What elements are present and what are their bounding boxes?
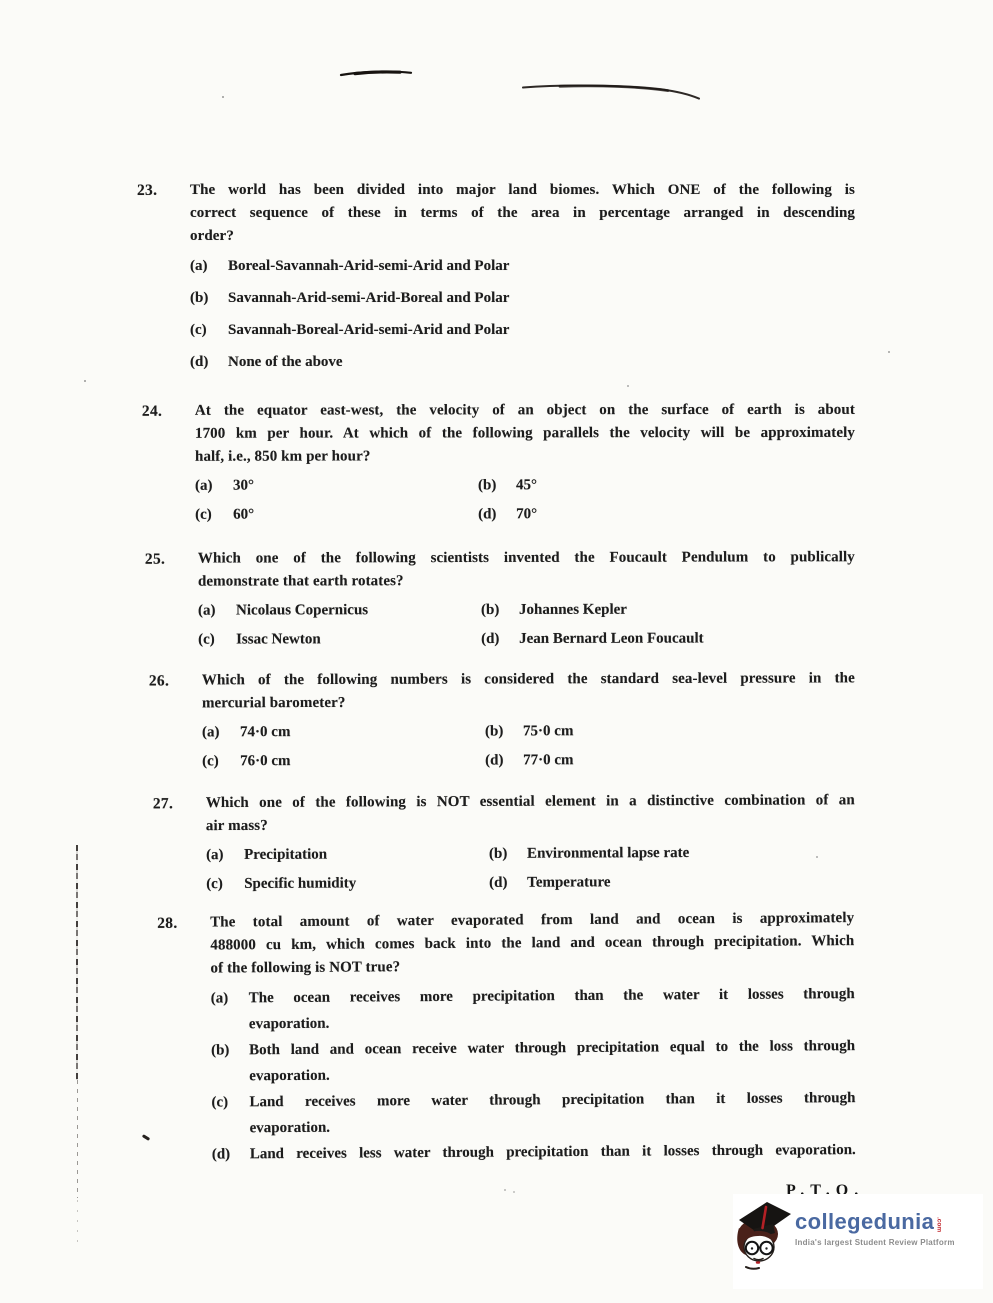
option-label: (c) [206,873,244,896]
question-text-line: correct sequence of these in terms of th… [190,202,855,225]
option-text: 75·0 cm [523,719,855,743]
option-label: (a) [206,844,244,867]
option-text: Land receives less water through precipi… [250,1137,856,1167]
question-text-line: Which of the following numbers is consid… [202,667,855,692]
option-label: (c) [211,1089,249,1141]
collegedunia-logo: collegedunia .com India's largest Studen… [733,1194,983,1289]
question-24: 24. At the equator east-west, the veloci… [0,399,993,527]
option-d: (d) Jean Bernard Leon Foucault [481,627,855,651]
option-text: The ocean receives more precipitation th… [249,981,855,1037]
question-text-line: mercurial barometer? [202,690,855,715]
question-text-line: of the following is NOT true? [210,953,854,980]
question-body: The total amount of water evaporated fro… [210,907,856,1167]
option-label: (d) [481,628,519,651]
question-text-line: demonstrate that earth rotates? [198,569,855,593]
option-label: (b) [489,843,527,866]
options: (a) Boreal-Savannah-Arid-semi-Arid and P… [190,255,855,374]
option-text-line: The ocean receives more precipitation th… [249,981,855,1011]
question-text-line: air mass? [206,812,855,838]
option-d: (d) Temperature [489,870,855,895]
question-text-line: Which one of the following scientists in… [198,546,855,570]
option-a: (a) Nicolaus Copernicus [198,599,481,623]
option-text: Savannah-Arid-semi-Arid-Boreal and Polar [228,287,855,310]
question-body: At the equator east-west, the velocity o… [195,399,855,527]
question-text-line: order? [190,225,855,248]
option-text: 45° [516,474,855,497]
option-text-line: Both land and ocean receive water throug… [249,1033,855,1063]
option-text: Temperature [527,870,855,894]
option-label: (b) [478,474,516,497]
option-b: (b) 45° [478,474,855,498]
option-a: (a) Precipitation [206,843,489,867]
option-label: (b) [481,599,519,622]
question-number: 28. [157,912,212,1168]
option-d: (d) 70° [478,503,855,527]
option-label: (b) [485,720,523,743]
option-c: (c) 76·0 cm [202,749,485,773]
option-c: (c) Savannah-Boreal-Arid-semi-Arid and P… [190,319,855,342]
option-text: None of the above [228,351,855,374]
question-number: 26. [149,669,202,773]
option-text: 76·0 cm [240,749,485,773]
question-28: 28. The total amount of water evaporated… [0,906,993,1169]
option-label: (a) [198,600,236,623]
option-b: (b) Savannah-Arid-semi-Arid-Boreal and P… [190,287,855,310]
question-23: 23. The world has been divided into majo… [0,179,993,383]
question-26: 26. Which of the following numbers is co… [0,667,993,774]
question-number: 23. [137,179,190,383]
option-c: (c) 60° [195,503,478,526]
option-text: Jean Bernard Leon Foucault [519,627,855,651]
question-text-line: At the equator east-west, the velocity o… [195,399,855,423]
option-label: (c) [202,750,240,773]
question-text-line: Which one of the following is NOT essent… [206,789,855,815]
option-label: (c) [198,629,236,652]
logo-text-block: collegedunia .com India's largest Studen… [795,1210,955,1247]
option-label: (d) [485,749,523,772]
option-text-line: Land receives more water through precipi… [249,1085,855,1115]
question-text-line: half, i.e., 850 km per hour? [195,445,855,469]
option-text: Precipitation [244,843,489,867]
scan-speck [504,1189,506,1191]
brand-name: collegedunia [795,1210,934,1234]
options: (a) 30° (b) 45° (c) 60° (d) 70° [195,474,855,527]
options: (a) Precipitation (b) Environmental laps… [206,841,855,896]
option-label: (d) [190,351,228,374]
option-b: (b) Johannes Kepler [481,598,855,622]
question-body: Which of the following numbers is consid… [202,667,855,773]
option-label: (c) [195,504,233,527]
option-label: (a) [211,985,249,1037]
brand-tagline: India's largest Student Review Platform [795,1238,955,1247]
option-text: 60° [233,503,478,526]
option-d: (d) Land receives less water through pre… [212,1137,856,1167]
option-text: Specific humidity [244,872,489,896]
option-label: (c) [190,319,228,342]
option-d: (d) None of the above [190,351,855,374]
question-body: Which one of the following is NOT essent… [206,789,855,896]
question-number: 25. [145,548,198,652]
question-25: 25. Which one of the following scientist… [0,546,993,652]
option-label: (a) [195,475,233,498]
option-label: (d) [212,1141,250,1167]
option-c: (c) Specific humidity [206,872,489,896]
option-b: (b) Environmental lapse rate [489,841,855,866]
scanned-exam-page: 23. The world has been divided into majo… [0,0,993,1303]
option-d: (d) 77·0 cm [485,748,855,772]
option-text: 30° [233,474,478,497]
option-label: (b) [190,287,228,310]
option-text: Issac Newton [236,628,481,652]
mascot-icon [733,1198,793,1274]
options: (a) Nicolaus Copernicus (b) Johannes Kep… [198,598,855,651]
option-a: (a) Boreal-Savannah-Arid-semi-Arid and P… [190,255,855,278]
scan-margin-line [77,1200,78,1245]
option-text-line: Land receives less water through precipi… [250,1137,856,1167]
option-text: 74·0 cm [240,720,485,744]
option-a: (a) 74·0 cm [202,720,485,744]
question-body: The world has been divided into major la… [190,179,855,383]
option-text: 70° [516,503,855,526]
question-number: 24. [142,400,195,527]
option-c: (c) Land receives more water through pre… [211,1085,855,1141]
option-text: Land receives more water through precipi… [249,1085,855,1141]
option-b: (b) 75·0 cm [485,719,855,743]
option-text: 77·0 cm [523,748,855,772]
option-label: (a) [202,721,240,744]
option-text: Both land and ocean receive water throug… [249,1033,855,1089]
brand-domain: .com [935,1217,942,1232]
option-text: Nicolaus Copernicus [236,599,481,623]
question-list: 23. The world has been divided into majo… [0,0,993,1169]
option-label: (a) [190,255,228,278]
option-b: (b) Both land and ocean receive water th… [211,1033,855,1089]
option-label: (b) [211,1037,249,1089]
option-a: (a) 30° [195,474,478,497]
option-c: (c) Issac Newton [198,628,481,652]
question-body: Which one of the following scientists in… [198,546,855,651]
options: (a) The ocean receives more precipitatio… [211,981,856,1167]
question-27: 27. Which one of the following is NOT es… [0,789,993,897]
question-text-line: The world has been divided into major la… [190,179,855,202]
option-text: Johannes Kepler [519,598,855,622]
question-text-line: 1700 km per hour. At which of the follow… [195,422,855,446]
options: (a) 74·0 cm (b) 75·0 cm (c) 76·0 cm (d) … [202,719,855,773]
option-text: Environmental lapse rate [527,841,855,865]
option-text: Savannah-Boreal-Arid-semi-Arid and Polar [228,319,855,342]
scan-speck [513,1191,515,1193]
question-text-line: 488000 cu km, which comes back into the … [210,930,854,957]
option-label: (d) [489,872,527,895]
option-a: (a) The ocean receives more precipitatio… [211,981,855,1037]
option-label: (d) [478,503,516,526]
option-text: Boreal-Savannah-Arid-semi-Arid and Polar [228,255,855,278]
question-number: 27. [153,792,206,896]
